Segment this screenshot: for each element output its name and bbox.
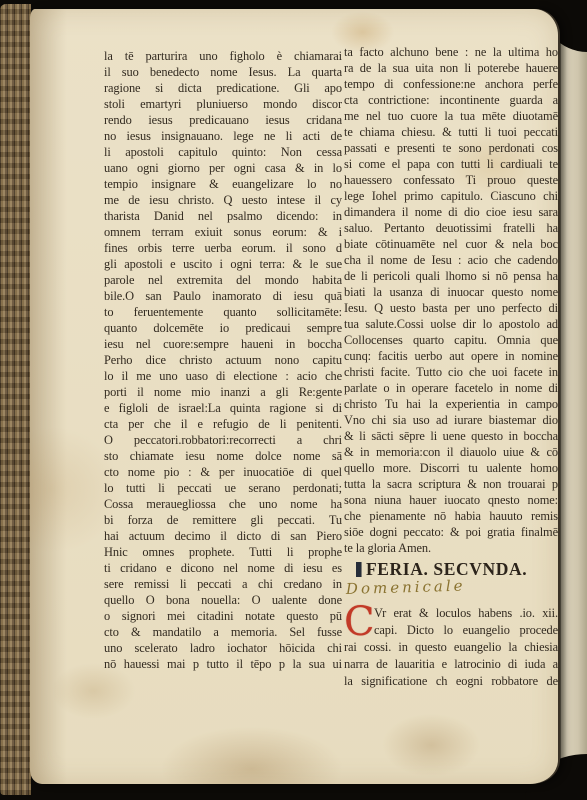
text-line: rai cossi. in questo euangelio la chiesi…: [344, 639, 558, 656]
text-line: hai actuum decimo il dicto di san Piero: [104, 528, 342, 544]
text-line: porti il nome mio inanzi a gli Re:gente: [104, 384, 342, 400]
text-line: parole nel extremita del mondo habita: [104, 272, 342, 288]
book-photo: la tē parturira uno figholo è chiamaraii…: [0, 0, 587, 800]
text-line: cha il nome de Iesu : acio che cadendo: [344, 252, 558, 268]
text-line: che pienamente nō habia hauuto remis: [344, 508, 558, 524]
text-line: tempo di confessione:ne anchora perfe: [344, 76, 558, 92]
text-line: me nel tuo cuore la tua mēte diuotamē: [344, 108, 558, 124]
rubricated-initial: C: [344, 606, 371, 639]
text-line: Vr erat & loculos habens .io. xii.: [374, 605, 558, 622]
text-line: Collocenses quarto capitu. Omnia que: [344, 332, 558, 348]
text-line: sto chiamate iesu nome dolce nome sā: [104, 448, 342, 464]
text-line: christi facite. Tutto cio che uoi facete…: [344, 364, 558, 380]
text-line: bi forza de remittere gli peccati. Tu: [104, 512, 342, 528]
text-line: ra de la sua uita non li poterebe hauere: [344, 60, 558, 76]
text-line: lo il me uno uaso di electione : acio ch…: [104, 368, 342, 384]
text-line: rendo iesus predicauano iesus cridana: [104, 112, 342, 128]
text-line: passati e presenti te sono perdonati cos: [344, 140, 558, 156]
text-line: te chiama chiesu. & tutti li tuoi peccat…: [344, 124, 558, 140]
text-line: ti cridano e dicono nel nome di iesu es: [104, 560, 342, 576]
text-line: sona niuna hauer iuocato qnesto nome:: [344, 492, 558, 508]
text-line: dimandera il nome di dio cioe iesu sara: [344, 204, 558, 220]
text-line: saluo. Pertanto deuotissimi fratelli ha: [344, 220, 558, 236]
text-line: tutta la sacra scriptura & non trouarai …: [344, 476, 558, 492]
text-line: Iesu. Q uesto basta per uno perfecto di: [344, 300, 558, 316]
text-line: cto nome pio : & per inuocatiōe di quel: [104, 464, 342, 480]
text-line: cta per che il e refugio de li penitenti…: [104, 416, 342, 432]
text-line: ta facto alchuno bene : ne la ultima ho: [344, 44, 558, 60]
text-line: biate cōtinuamēte nel cuor & nela boc: [344, 236, 558, 252]
text-line: sere remissi li peccati a chi credano in: [104, 576, 342, 592]
text-line: hauessero confessato Ti prouo queste: [344, 172, 558, 188]
text-line: capi. Dicto lo euangelio procede: [374, 622, 558, 639]
text-line: quello more. Discorri tu ualente homo: [344, 460, 558, 476]
text-line: Vno chi sia uso ad iurare biastemar dio: [344, 412, 558, 428]
text-line: la tē parturira uno figholo è chiamarai: [104, 48, 342, 64]
paraph-mark-icon: [356, 562, 361, 577]
text-line: o signori mei citadini notate questo pū: [104, 608, 342, 624]
text-line: Perho dice christo actuum nono capitu: [104, 352, 342, 368]
right-column-lines: ta facto alchuno bene : ne la ultima hor…: [344, 44, 558, 540]
text-line: omnem terram exiuit sonus eorum: & i: [104, 224, 342, 240]
text-line: O peccatori.robbatori:recorrecti a chri: [104, 432, 342, 448]
right-text-column: ta facto alchuno bene : ne la ultima hor…: [344, 44, 558, 690]
text-line: biati la usanza di inuocar questo nome: [344, 284, 558, 300]
text-line: li apostoli capitulo quinto: Non cessa: [104, 144, 342, 160]
text-line: quello O bona nouella: O ualente done: [104, 592, 342, 608]
text-line: la significatione ch eogni robbatore de: [344, 673, 558, 690]
text-line: me de iesu christo. Q uesto intese il cy: [104, 192, 342, 208]
left-text-column: la tē parturira uno figholo è chiamaraii…: [104, 48, 342, 672]
text-line: e figloli de israel:La quinta ragione si…: [104, 400, 342, 416]
text-line: siōe dogni peccato: & poi gratia finalmē: [344, 524, 558, 540]
text-line: lo tutti li peccati ue serano perdonati;: [104, 480, 342, 496]
text-line: stoli emartyri pluniuerso mondo discor: [104, 96, 342, 112]
text-line: Cossa merauegliossa che uno nome ha: [104, 496, 342, 512]
text-line: parlate o in operare facetelo in nome di: [344, 380, 558, 396]
text-line: quanto dolcemēte io predicaui sempre: [104, 320, 342, 336]
text-line: narra de lauaritia e latrocinio di iuda …: [344, 656, 558, 673]
text-line: fines orbis terre uerba eorum. il sono d: [104, 240, 342, 256]
text-line: uno scelerato ladro iochator hōicida chi: [104, 640, 342, 656]
text-line: tharista Danid nel psalmo dicendo: in: [104, 208, 342, 224]
book-page: la tē parturira uno figholo è chiamaraii…: [30, 9, 558, 784]
text-line: cta contrictione: incontinente guarda a: [344, 92, 558, 108]
text-line: lege Iohel primo capitulo. Ciascuno chi: [344, 188, 558, 204]
text-line: uano ogni giorno per ogni casa & in lo: [104, 160, 342, 176]
text-line: tempio insignare & euangelizare lo no: [104, 176, 342, 192]
text-line: iesu nel cuore:sempre haueni in boccha: [104, 336, 342, 352]
text-line: cunq: facitis uerbo aut opere in nomine: [344, 348, 558, 364]
text-line: christo Tu hai la experientia in campo: [344, 396, 558, 412]
text-line: bile.O san Paulo inamorato di iesu quā: [104, 288, 342, 304]
text-line: gli apostoli e uscito i ogni terra: & le…: [104, 256, 342, 272]
text-line: de li pericoli quali lhomo si nō pensa h…: [344, 268, 558, 284]
text-line: Hnic omnes prophete. Tutti li prophe: [104, 544, 342, 560]
text-line: & li sācti sēpre li uene questo in bocch…: [344, 428, 558, 444]
text-line: to feruentemente quanto sollicitamēte:: [104, 304, 342, 320]
text-line: ragione si dicta predicatione. Gli apo: [104, 80, 342, 96]
text-line: si come el papa con tutti li cardiuali t…: [344, 156, 558, 172]
handwritten-annotation: Domenicale: [344, 574, 559, 604]
text-line: cto & mandatilo a memoria. Sel fusse: [104, 624, 342, 640]
book-binding-edge: [0, 4, 31, 795]
text-line: no iesus insignauano. lege ne li acti de: [104, 128, 342, 144]
text-line: nō hauessi mai p tutto il tēpo p la sua …: [104, 656, 342, 672]
closing-line: te la gloria Amen.: [344, 540, 558, 556]
text-line: tua salute.Cossi uolse dir lo apostolo a…: [344, 316, 558, 332]
underlying-page-edge: [557, 6, 587, 786]
text-line: & in memoria:con il diauolo uiue & cō: [344, 444, 558, 460]
gospel-paragraph: C Vr erat & loculos habens .io. xii.capi…: [344, 605, 558, 690]
text-line: il suo benedecto nome Iesus. La quarta: [104, 64, 342, 80]
